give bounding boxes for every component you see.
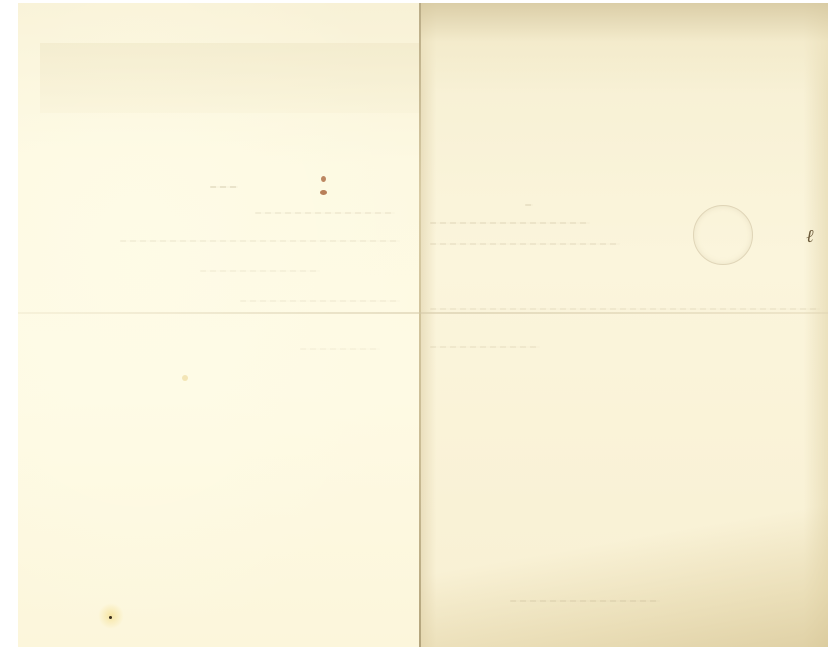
bleed-through-stroke [430,346,540,348]
right-page [420,3,828,647]
ink-speck [109,616,112,619]
marginal-ink-mark: ℓ [806,226,814,247]
horizontal-fold-line [18,312,828,314]
foxing-spot [182,375,188,381]
rust-stain [321,176,326,182]
bleed-through-stroke [255,212,395,214]
bleed-through-stroke [240,300,400,302]
bleed-through-stroke [430,308,820,310]
bleed-through-stroke [120,240,400,242]
bleed-through-stroke [200,270,320,272]
bleed-through-stroke [210,186,238,188]
rust-stain [320,190,327,195]
bleed-through-stroke [525,204,533,206]
seal-impression [693,205,753,265]
bleed-through-stroke [430,222,590,224]
bleed-through-stroke [510,600,660,602]
vertical-fold-line [419,3,421,647]
left-page [18,3,420,647]
bleed-through-stroke [430,243,620,245]
bleed-through-stroke [300,348,380,350]
letterhead-bleed-through [40,43,436,113]
scanned-document: ℓ [0,0,830,650]
